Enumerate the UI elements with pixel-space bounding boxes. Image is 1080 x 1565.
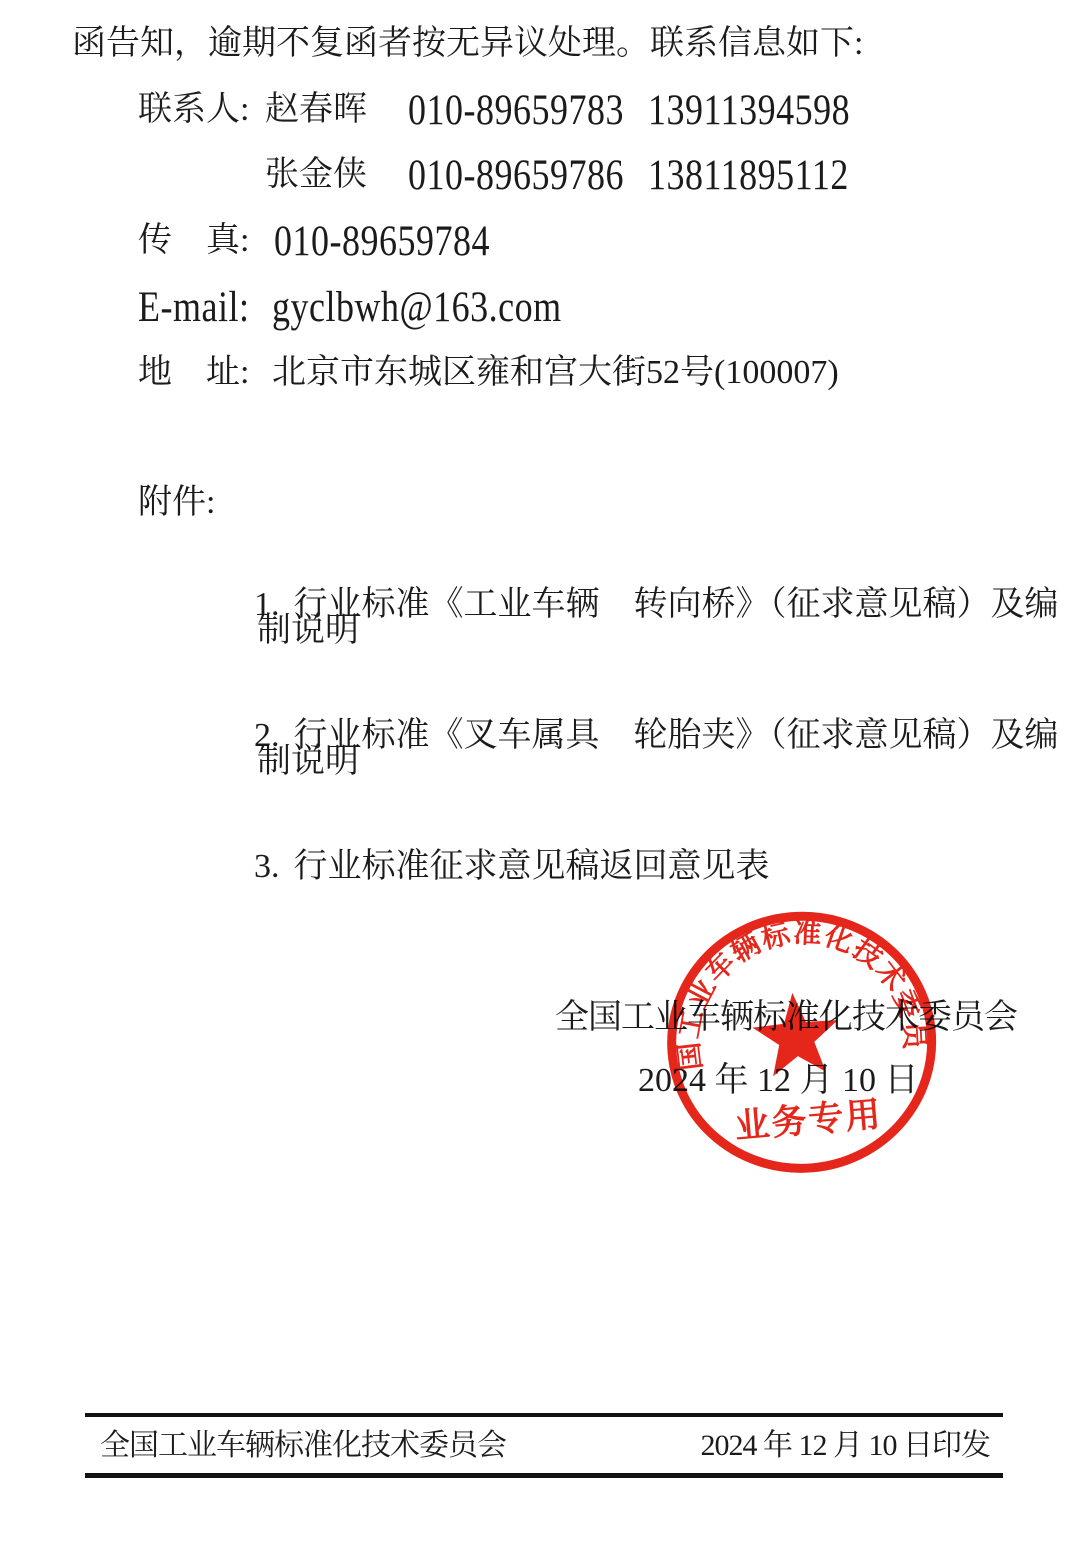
attachment-item-text: 行业标准征求意见稿返回意见表 bbox=[294, 848, 770, 885]
attachment-item-continuation: 制说明 bbox=[257, 742, 359, 781]
contact-mobile: 13811895112 bbox=[648, 150, 849, 200]
fax-value: 010-89659784 bbox=[274, 216, 490, 266]
fax-label: 传 真: bbox=[138, 221, 249, 260]
attachment-item-text: 行业标准《叉车属具 轮胎夹》（征求意见稿）及编 bbox=[294, 717, 1059, 754]
footer-bottom-rule bbox=[85, 1473, 1003, 1478]
contact-name: 赵春晖 bbox=[265, 90, 367, 129]
footer-top-rule bbox=[85, 1413, 1003, 1417]
contact-phone: 010-89659783 bbox=[408, 85, 624, 135]
document-page: 函告知，逾期不复函者按无异议处理。联系信息如下: 联系人: 赵春晖 010-89… bbox=[0, 0, 1080, 1565]
contact-name: 张金侠 bbox=[265, 155, 367, 194]
seal-bottom-text: 业务专用 bbox=[733, 1095, 884, 1147]
official-seal: 全国工业车辆标准化技术委员会 业务专用 bbox=[627, 872, 984, 1220]
footer-org: 全国工业车辆标准化技术委员会 bbox=[100, 1429, 506, 1464]
seal-star-icon bbox=[750, 989, 842, 1078]
attachments-heading: 附件: bbox=[138, 483, 215, 522]
address-value: 北京市东城区雍和宫大街52号(100007) bbox=[272, 353, 839, 392]
contact-label: 联系人: bbox=[138, 90, 249, 129]
intro-line: 函告知，逾期不复函者按无异议处理。联系信息如下: bbox=[72, 24, 863, 63]
address-label: 地 址: bbox=[138, 353, 249, 392]
email-value: gyclbwh@163.com bbox=[272, 282, 562, 332]
footer-issue-date: 2024 年 12 月 10 日印发 bbox=[701, 1429, 991, 1464]
attachment-item-text: 行业标准《工业车辆 转向桥》（征求意见稿）及编 bbox=[294, 586, 1059, 623]
attachment-item-continuation: 制说明 bbox=[257, 611, 359, 650]
attachment-item-number: 3. bbox=[254, 848, 280, 885]
contact-mobile: 13911394598 bbox=[648, 85, 850, 135]
email-label: E-mail: bbox=[138, 282, 249, 332]
contact-phone: 010-89659786 bbox=[408, 150, 624, 200]
